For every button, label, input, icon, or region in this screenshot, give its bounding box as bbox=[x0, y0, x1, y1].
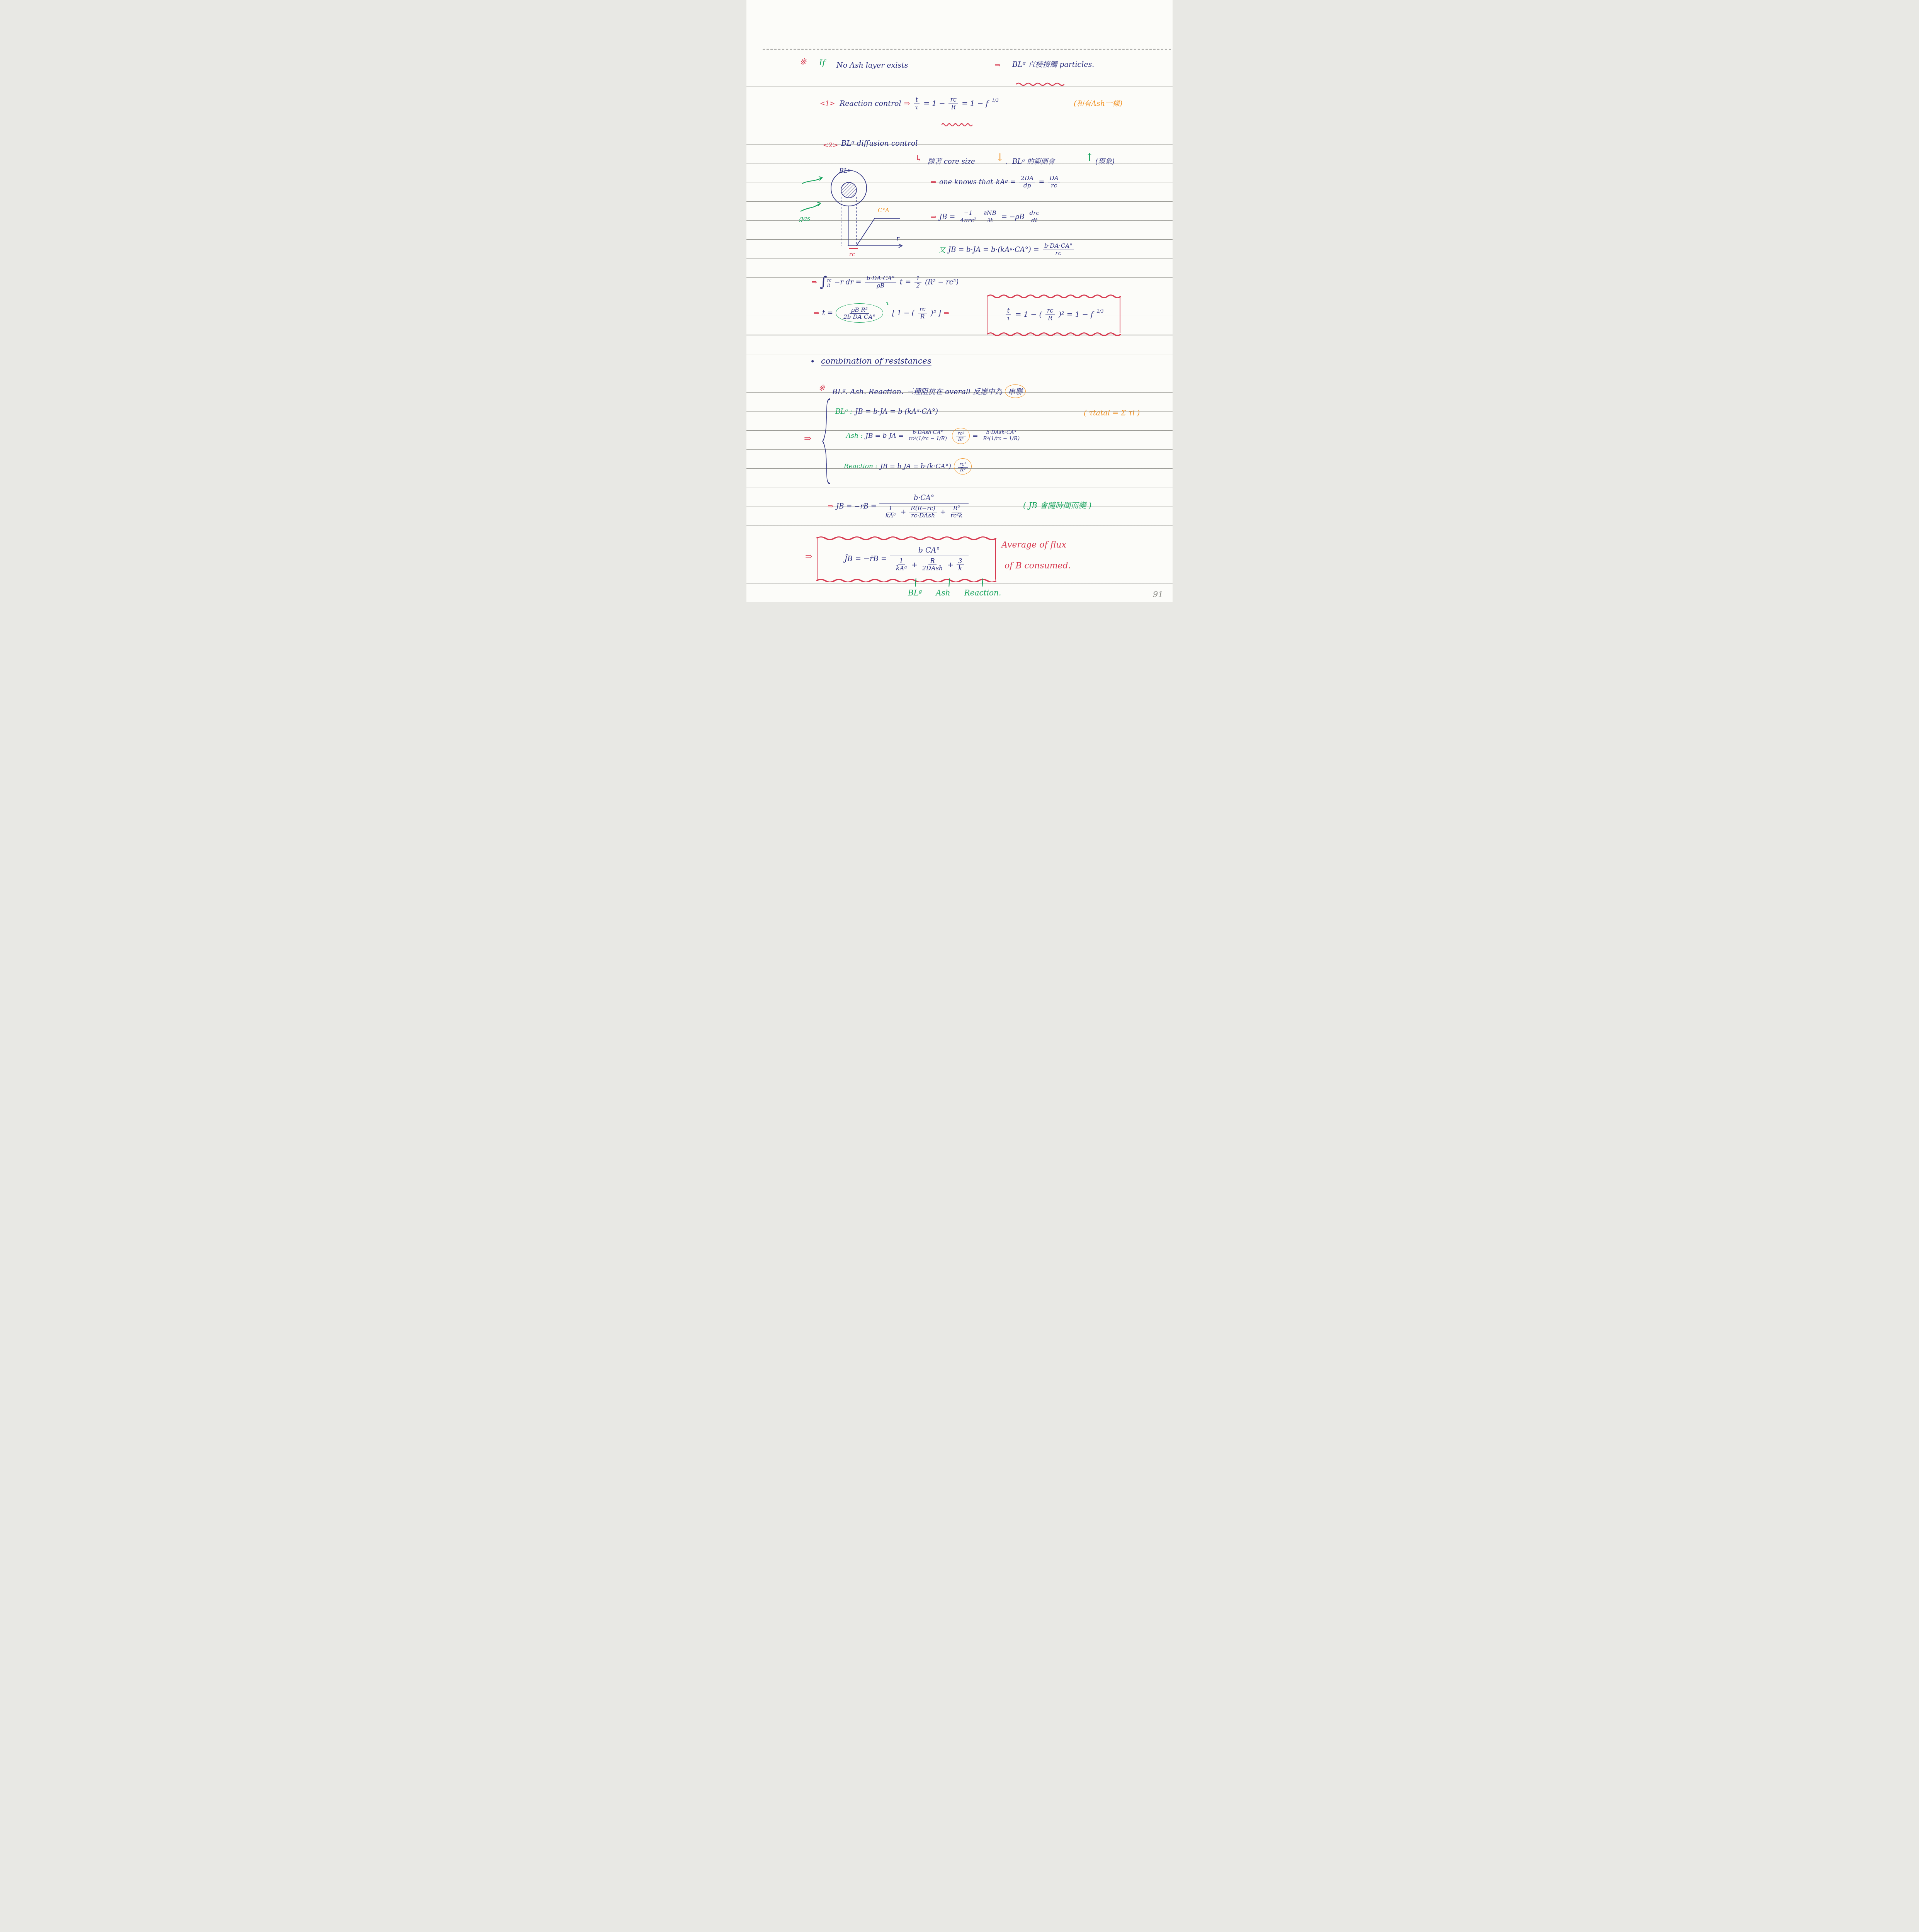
numerator: rc² bbox=[956, 431, 966, 437]
rc2-over-R2-fraction: rc²R² bbox=[956, 431, 966, 443]
JBbar-lhs: J̄B = −r̄B = bbox=[844, 554, 887, 563]
JB-varies-with-time-note: ( JB 會隨時間而變 ) bbox=[1023, 499, 1091, 510]
numerator: t bbox=[1006, 307, 1011, 315]
implies-arrow: ⇒ bbox=[931, 213, 937, 221]
reaction-row-label: Reaction : bbox=[844, 463, 877, 470]
numerator: b·DAsh·CA° bbox=[985, 430, 1018, 436]
numerator: rc bbox=[948, 96, 958, 104]
numerator: DA bbox=[1048, 175, 1060, 182]
denominator: 2b DA CA° bbox=[842, 314, 877, 320]
numerator: b·CA° bbox=[910, 493, 938, 503]
tau-total-note: ( τtatal = Σ τi ) bbox=[1084, 409, 1140, 417]
item-number-1: <1> bbox=[820, 100, 835, 107]
denominator: R bbox=[950, 104, 957, 111]
equals-f-term: = 1 − f bbox=[962, 99, 988, 108]
numerator: t bbox=[914, 96, 920, 104]
rc-label: rc bbox=[849, 252, 855, 258]
numerator: ∂NB bbox=[982, 210, 998, 217]
integral-line: ⇒ ∫ rcR −r dr = b·DA·CA°ρB t = 12 (R² − … bbox=[811, 270, 959, 294]
numerator: b CA° bbox=[914, 546, 944, 556]
bDACA-over-rc-fraction: b·DA·CA°rc bbox=[1043, 243, 1074, 256]
bracket-open: [ 1 − ( bbox=[892, 309, 914, 317]
up-arrow-icon: ↑ bbox=[1085, 151, 1094, 163]
numerator: 1 bbox=[887, 505, 894, 512]
blg-term: 1kAᵍ bbox=[894, 558, 908, 572]
denominator: rc bbox=[1054, 250, 1063, 257]
ash-term-label: Ash bbox=[936, 588, 950, 597]
plus: + bbox=[911, 561, 918, 569]
minus-r-dr: −r dr = bbox=[834, 278, 861, 286]
reaction-control-label: Reaction control bbox=[840, 99, 901, 108]
denominator: kAᵍ bbox=[894, 565, 908, 572]
implies-arrow: ⇒ bbox=[811, 278, 817, 286]
numerator: 1 bbox=[914, 275, 921, 282]
numerator: 3 bbox=[957, 558, 964, 565]
average-flux-note-line1: Average of flux bbox=[1001, 540, 1066, 550]
denominator: rc·DAsh bbox=[909, 512, 937, 519]
rc-over-R-fraction: rcR bbox=[948, 96, 958, 111]
one-half-fraction: 12 bbox=[914, 275, 921, 289]
combined-flux-line: ⇒ JB = −rB = b·CA° 1kAᵍ + R(R−rc)rc·DAsh… bbox=[828, 488, 969, 525]
t-equals: t = bbox=[822, 309, 833, 317]
boxed-equation: tτ = 1 − ( rcR )² = 1 − f2/3 bbox=[988, 296, 1120, 333]
denominator: ρB bbox=[875, 282, 886, 289]
wavy-border-bottom bbox=[987, 331, 1121, 336]
r-label: r bbox=[896, 235, 900, 242]
red-wavy-underline bbox=[1016, 82, 1064, 86]
combined-resistance-fraction: b·CA° 1kAᵍ + R(R−rc)rc·DAsh + R²rc²k bbox=[879, 493, 969, 519]
equals: = bbox=[1039, 178, 1044, 186]
blg-row-label: BLᵍ : bbox=[835, 408, 852, 416]
also-conjunction: 又 bbox=[938, 245, 945, 255]
JB-lhs: JB = bbox=[939, 213, 955, 221]
rhoBR2-over-2bDACA-fraction: ρB R²2b DA CA° bbox=[842, 307, 877, 320]
blg-range-text: 、BLᵍ 的範圍會 bbox=[1005, 156, 1055, 166]
t-over-tau-fraction: tτ bbox=[913, 96, 920, 111]
numerator: 2DA bbox=[1019, 175, 1035, 182]
resistances-text: BLᵍ. Ash. Reaction. 三種阻抗在 overall 反應中為 bbox=[832, 386, 1002, 396]
tau-circled-fraction: ρB R²2b DA CA° bbox=[836, 303, 883, 323]
rc2-over-R2-fraction: rc²R² bbox=[958, 462, 968, 473]
denominator: R bbox=[919, 313, 926, 320]
denominator: dt bbox=[1030, 217, 1039, 224]
close-equals-f: )² = 1 − f bbox=[1059, 310, 1093, 319]
reaction-resistance-term: R²rc²k bbox=[949, 505, 964, 519]
denominator: 2 bbox=[914, 282, 921, 289]
denominator: kAᵍ bbox=[884, 512, 897, 519]
average-flux-note-line2: of B consumed. bbox=[1005, 561, 1071, 571]
denominator: τ bbox=[913, 104, 920, 111]
term-labels-row: BLᵍ Ash Reaction. bbox=[908, 588, 1001, 597]
denominator: rc bbox=[1049, 182, 1059, 189]
blg-term-label: BLᵍ bbox=[908, 588, 922, 597]
circled-rc2-R2: rc²R² bbox=[954, 458, 972, 475]
implies-arrow: ⇒ bbox=[944, 309, 950, 317]
numerator: b·DAsh·CA° bbox=[911, 430, 945, 436]
shrinking-core-diagram: BLᵍ r C°A rc gas bbox=[797, 160, 913, 264]
line1-right-text: BLᵍ 直接接觸 particles. bbox=[1012, 59, 1094, 69]
numerator: rc bbox=[918, 306, 927, 313]
denominator: R² bbox=[957, 437, 965, 442]
exponent-two-thirds: 2/3 bbox=[1097, 309, 1104, 314]
ash-row-label: Ash : bbox=[846, 432, 863, 440]
wavy-border-top bbox=[816, 535, 996, 540]
also-flux-line: 又 JB = b·JA = b·(kAᵍ·CA°) = b·DA·CA°rc bbox=[938, 239, 1075, 260]
denominator: τ bbox=[1005, 315, 1011, 322]
tau-annotation: τ bbox=[886, 299, 889, 307]
ash-row-prefix: JB = b JA = bbox=[865, 432, 904, 440]
wavy-border-bottom bbox=[816, 578, 996, 582]
implies-arrow: ⇒ bbox=[814, 309, 819, 317]
numerator: rc bbox=[1045, 307, 1055, 315]
gas-arrow-bottom bbox=[801, 204, 820, 211]
rc-over-R-fraction: rcR bbox=[918, 306, 927, 320]
plus: + bbox=[947, 561, 954, 569]
plus: + bbox=[940, 508, 946, 516]
time-variable: t bbox=[900, 278, 903, 286]
rc-over-R-fraction: rcR bbox=[1045, 307, 1055, 321]
numerator: b·DA·CA° bbox=[865, 275, 896, 282]
star-mark: ※ bbox=[818, 383, 825, 393]
combination-heading: combination of resistances bbox=[821, 356, 931, 366]
system-brace bbox=[821, 397, 831, 485]
kAg-lhs: kAᵍ = bbox=[996, 178, 1016, 186]
denominator: rc²k bbox=[949, 512, 964, 519]
hatched-core-circle bbox=[841, 182, 857, 198]
numerator: rc² bbox=[958, 462, 968, 468]
2DA-over-dp-fraction: 2DAdp bbox=[1019, 175, 1035, 189]
one-knows-that-line: ⇒ one knows that kAᵍ = 2DAdp = DArc bbox=[931, 172, 1061, 192]
average-resistance-fraction: b CA° 1kAᵍ + R2DAsh + 3k bbox=[890, 546, 969, 572]
line1-text: No Ash layer exists bbox=[836, 61, 908, 70]
implies-arrow: ⇒ bbox=[994, 61, 1001, 70]
numerator: 1 bbox=[898, 558, 905, 565]
star-mark: ※ bbox=[799, 57, 806, 67]
hook-arrow: ↳ bbox=[915, 154, 922, 163]
equals-minus-rhoB: = −ρB bbox=[1001, 213, 1025, 221]
integral-with-limits: ∫ rcR bbox=[820, 276, 831, 288]
numerator: drc bbox=[1028, 210, 1041, 217]
exponent-one-third: 1/3 bbox=[992, 98, 999, 103]
average-flux-equation: J̄B = −r̄B = b CA° 1kAᵍ + R2DAsh + 3k bbox=[818, 538, 995, 580]
gas-label: gas bbox=[799, 215, 811, 223]
DA-over-rc-fraction: DArc bbox=[1048, 175, 1060, 189]
diffusion-control-label: BLᵍ diffusion control bbox=[841, 139, 918, 148]
phenomenon-note: (現象) bbox=[1095, 156, 1115, 166]
boxed-conversion-result: tτ = 1 − ( rcR )² = 1 − f2/3 bbox=[988, 296, 1120, 333]
concentration-profile bbox=[857, 218, 900, 246]
series-word: 串聯 bbox=[1008, 388, 1023, 396]
notebook-page: ※ If No Ash layer exists ⇒ BLᵍ 直接接觸 part… bbox=[746, 0, 1173, 602]
numerator: b·DA·CA° bbox=[1043, 243, 1074, 250]
implies-arrow: ⇒ bbox=[805, 552, 812, 561]
blg-resistance-row: BLᵍ : JB = b·JA = b (kAᵍ·CA°) bbox=[835, 403, 938, 420]
JB-bJA-body: JB = b·JA = b·(kAᵍ·CA°) = bbox=[948, 246, 1039, 254]
bullet: • bbox=[810, 357, 815, 366]
implies-arrow: ⇒ bbox=[904, 99, 910, 108]
core-size-text: 隨著 core size bbox=[928, 156, 975, 166]
reaction-row-equation: JB = b JA = b·(k·CA°) bbox=[880, 463, 951, 470]
ash-resistance-row: Ash : JB = b JA = b·DAsh·CA°rc²(1/rc − 1… bbox=[846, 423, 1022, 448]
lower-limit: R bbox=[827, 283, 831, 288]
numerator: R(R−rc) bbox=[909, 505, 937, 512]
reaction-term-label: Reaction. bbox=[964, 588, 1001, 597]
numerator: R bbox=[928, 558, 936, 565]
ash-term: R2DAsh bbox=[921, 558, 945, 572]
equals: = bbox=[905, 278, 911, 286]
denominator: R²(1/rc − 1/R) bbox=[982, 436, 1022, 442]
same-as-ash-note: (和有Ash一樣) bbox=[1074, 98, 1123, 108]
ash-fraction-2: b·DAsh·CA°R²(1/rc − 1/R) bbox=[982, 430, 1022, 442]
equals-one-minus: = 1 − bbox=[923, 99, 945, 108]
denominator: dp bbox=[1022, 182, 1033, 189]
red-wavy-underline bbox=[942, 122, 972, 126]
boxed-average-flux: J̄B = −r̄B = b CA° 1kAᵍ + R2DAsh + 3k bbox=[817, 538, 996, 580]
plus: + bbox=[900, 508, 906, 516]
numerator: R² bbox=[952, 505, 962, 512]
flux-definition-line: ⇒ JB = −14πrc² ∂NB∂t = −ρB drcdt bbox=[931, 206, 1042, 228]
denominator: R² bbox=[959, 468, 967, 473]
page-number: 91 bbox=[1153, 590, 1163, 599]
reaction-term: 3k bbox=[957, 558, 964, 572]
denominator-sum: 1kAᵍ + R(R−rc)rc·DAsh + R²rc²k bbox=[879, 503, 969, 519]
JB-minus-rB-lhs: JB = −rB = bbox=[836, 502, 877, 510]
ca-concentration-label: C°A bbox=[878, 207, 889, 214]
denominator-sum: 1kAᵍ + R2DAsh + 3k bbox=[890, 556, 969, 572]
ash-resistance-term: R(R−rc)rc·DAsh bbox=[909, 505, 937, 519]
time-solution-line: ⇒ t = ρB R²2b DA CA° τ [ 1 − ( rcR )² ] … bbox=[814, 298, 950, 328]
denominator: rc²(1/rc − 1/R) bbox=[907, 436, 948, 442]
equals-one-minus-open: = 1 − ( bbox=[1015, 310, 1042, 319]
one-knows-that-text: one knows that bbox=[939, 178, 993, 186]
drc-dt-fraction: drcdt bbox=[1028, 210, 1041, 223]
minus-one-over-area-fraction: −14πrc² bbox=[959, 210, 978, 223]
bracket-close: )² ] bbox=[931, 309, 941, 317]
implies-arrow: ⇒ bbox=[804, 434, 811, 444]
denominator: 4πrc² bbox=[959, 217, 978, 224]
circled-rc2-R2: rc²R² bbox=[952, 428, 970, 444]
denominator: 2DAsh bbox=[921, 565, 945, 572]
equals: = bbox=[972, 432, 978, 440]
R2-minus-rc2: (R² − rc²) bbox=[925, 278, 959, 286]
upper-limit: rc bbox=[827, 278, 831, 283]
reaction-resistance-row: Reaction : JB = b JA = b·(k·CA°) rc²R² bbox=[844, 455, 972, 478]
blg-row-equation: JB = b·JA = b (kAᵍ·CA°) bbox=[855, 408, 938, 416]
t-over-tau-fraction: tτ bbox=[1005, 307, 1011, 321]
denominator: k bbox=[957, 565, 964, 572]
numerator: −1 bbox=[962, 210, 974, 217]
blg-resistance-term: 1kAᵍ bbox=[884, 505, 897, 519]
top-dashed-line bbox=[763, 49, 1171, 49]
implies-arrow: ⇒ bbox=[931, 178, 937, 186]
implies-arrow: ⇒ bbox=[828, 502, 833, 510]
three-resistances-line: BLᵍ. Ash. Reaction. 三種阻抗在 overall 反應中為 串… bbox=[832, 382, 1026, 400]
gas-arrow-top bbox=[802, 178, 821, 184]
bDACA-over-rhoB-fraction: b·DA·CA°ρB bbox=[865, 275, 896, 289]
series-circled-term: 串聯 bbox=[1005, 384, 1026, 398]
wavy-border-top bbox=[987, 293, 1121, 298]
if-keyword: If bbox=[819, 58, 825, 67]
reaction-control-line: Reaction control ⇒ tτ = 1 − rcR = 1 − f1… bbox=[840, 93, 999, 114]
denominator: ∂t bbox=[986, 217, 994, 224]
denominator: R bbox=[1046, 315, 1054, 322]
item-number-2: <2> bbox=[823, 141, 838, 149]
integral-sign: ∫ bbox=[820, 276, 827, 288]
down-arrow-icon: ↓ bbox=[996, 151, 1005, 163]
ash-fraction-1: b·DAsh·CA°rc²(1/rc − 1/R) bbox=[907, 430, 948, 442]
numerator: ρB R² bbox=[850, 307, 869, 314]
dNB-dt-fraction: ∂NB∂t bbox=[982, 210, 998, 223]
